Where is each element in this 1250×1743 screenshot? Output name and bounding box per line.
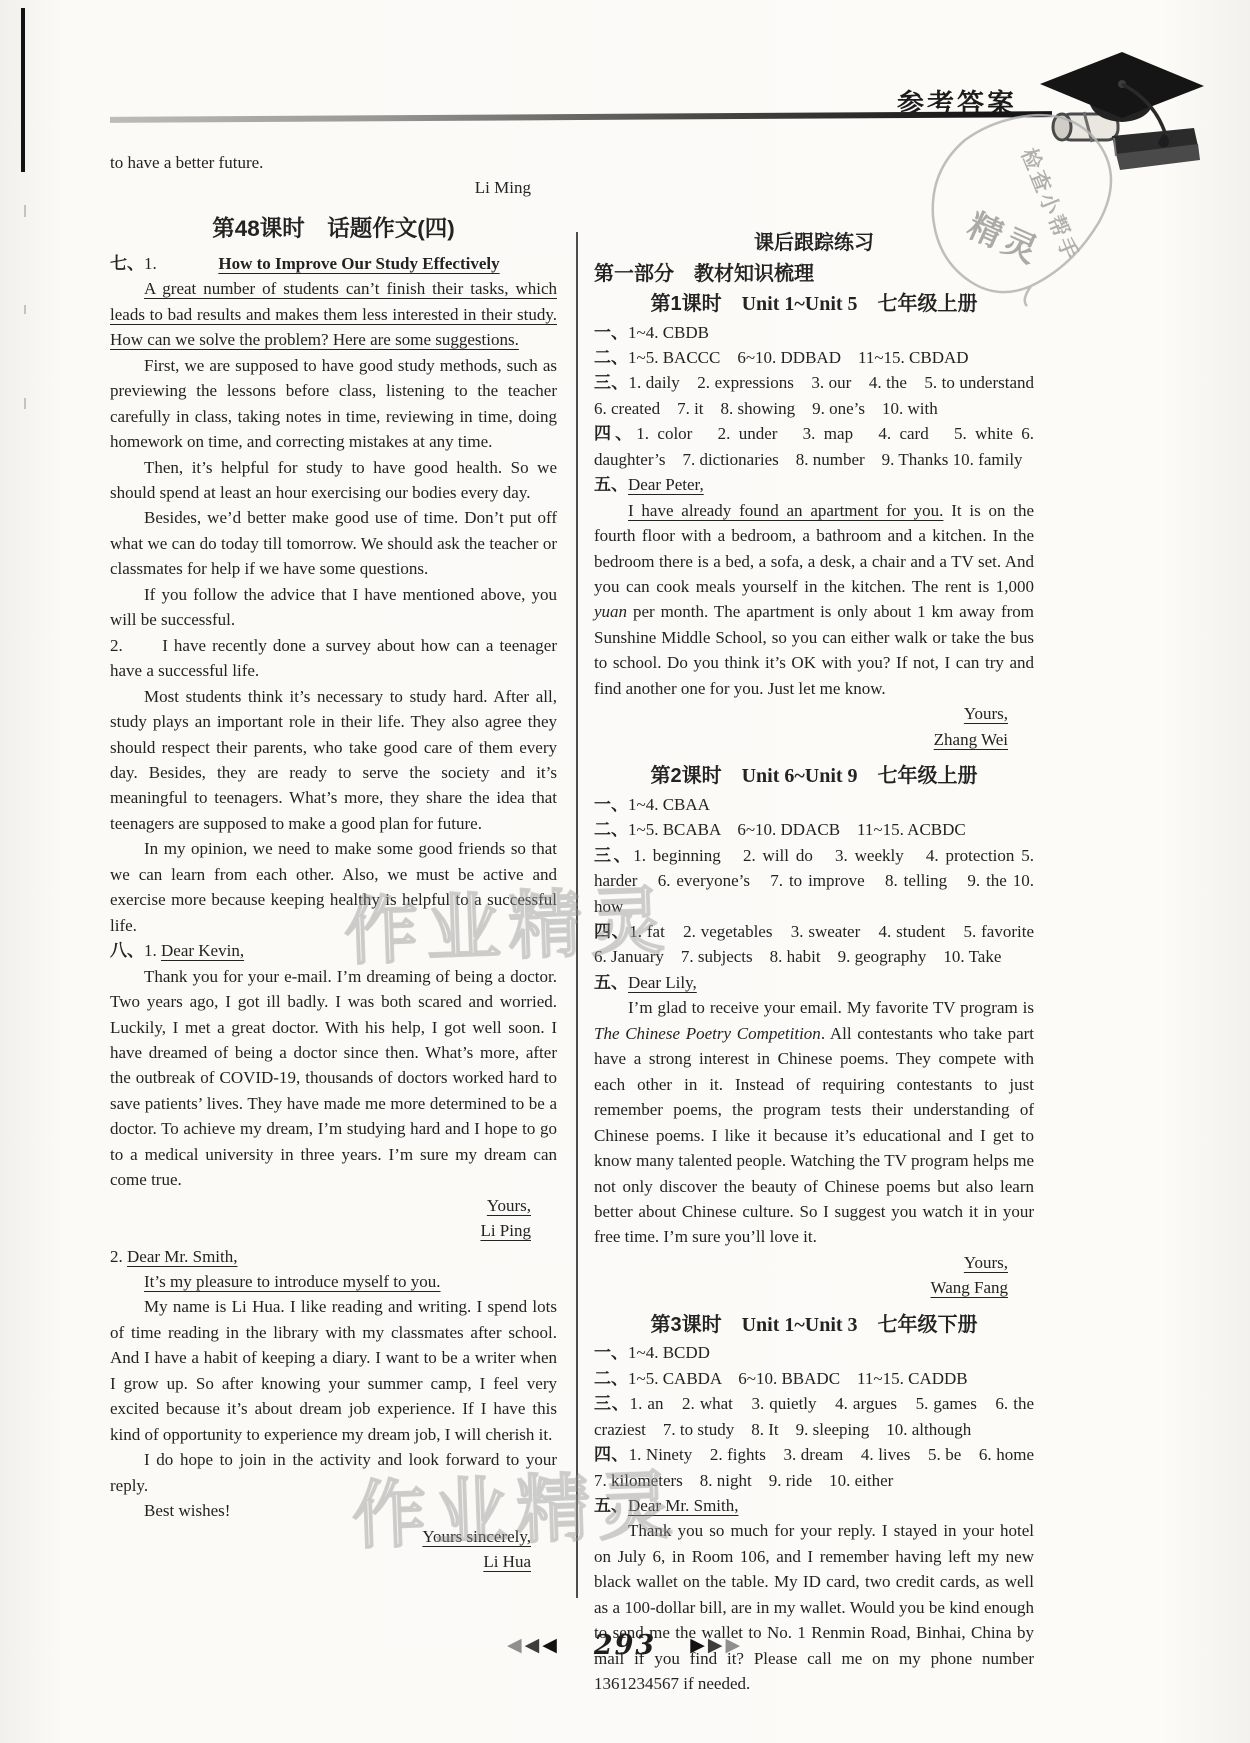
paragraph: 2. I have recently done a survey about h… [110,633,557,684]
text-segment: 1. [144,251,161,276]
paragraph: Besides, we’d better make good use of ti… [110,505,557,581]
text-segment: I’m glad to receive your email. My favor… [628,998,1034,1017]
text-segment: 五、 [594,973,628,992]
text-segment: Best wishes! [144,1501,230,1520]
paragraph: to have a better future. [110,150,557,175]
footer-left-arrow: ◀ [525,1635,543,1656]
text-segment: 三、 [594,373,629,392]
text-segment: Yours, [964,704,1008,723]
text-segment: 二、 [594,820,628,839]
text-segment: 2. [110,636,162,655]
answer-line: 二、1~5. BACCC 6~10. DDBAD 11~15. CBDAD [594,345,1034,370]
text-segment: to have a better future. [110,153,263,172]
page-footer: ◀◀◀293▶▶▶ [0,1630,1250,1661]
text-segment: Besides, we’d better make good use of ti… [110,508,557,578]
text-segment: Dear Lily, [628,973,697,992]
answer-line: 二、1~5. BCABA 6~10. DDACB 11~15. ACBDC [594,817,1034,842]
letter-signature: Yours, [110,1193,557,1218]
text-segment: Dear Kevin, [161,941,244,960]
paragraph: It’s my pleasure to introduce myself to … [110,1269,557,1294]
lesson-1-heading: 第1课时 Unit 1~Unit 5 七年级上册 [594,289,1034,320]
essay-title-row: 七、1. How to Improve Our Study Effectivel… [110,251,557,276]
text-segment: 1~4. CBAA [628,795,710,814]
answer-line: 一、1~4. CBAA [594,792,1034,817]
footer-right-arrow: ▶ [708,1635,726,1656]
answer-line: 一、1~4. CBDB [594,320,1034,345]
scan-edge-tick [24,398,26,409]
text-segment: . All contestants who take part have a s… [594,1024,1034,1247]
text-segment: 1. [144,941,161,960]
text-segment: Yours, [964,1253,1008,1272]
footer-right-arrow: ▶ [690,1635,708,1656]
part-heading: 第一部分 教材知识梳理 [594,259,1034,290]
text-segment: Dear Peter, [628,475,704,494]
text-segment: It’s my pleasure to introduce myself to … [144,1272,441,1291]
letter-signature: Yours, [594,1250,1034,1275]
text-segment: 第3课时 [650,1314,721,1336]
letter-signature: Li Ping [110,1218,557,1243]
text-segment: Zhang Wei [934,730,1008,749]
answer-line: 三、1. an 2. what 3. quietly 4. argues 5. … [594,1391,1034,1442]
text-segment: 1~5. BACCC 6~10. DDBAD 11~15. CBDAD [628,348,969,367]
text-segment: Thank you for your e-mail. I’m dreaming … [110,967,557,1190]
text-segment: A great number of students can’t finish … [110,279,557,349]
text-segment: 2. [110,1247,127,1266]
paragraph: Most students think it’s necessary to st… [110,684,557,837]
text-segment: If you follow the advice that I have men… [110,585,557,629]
letter-signature: Zhang Wei [594,727,1034,752]
text-segment: 五、 [594,475,628,494]
text-segment: 七、 [110,251,144,276]
paragraph: I have already found an apartment for yo… [594,498,1034,702]
footer-page-number: 293 [594,1630,656,1661]
text-segment: 七年级下册 [878,1314,978,1336]
paragraph: If you follow the advice that I have men… [110,582,557,633]
text-segment: 四、 [594,424,636,443]
scan-edge-tick [24,205,26,217]
paragraph: Thank you for your e-mail. I’m dreaming … [110,964,557,1193]
letter-salutation: 五、Dear Lily, [594,970,1034,995]
paragraph: Then, it’s helpful for study to have goo… [110,455,557,506]
text-segment: Unit 6~Unit 9 [722,765,878,787]
text-segment: 二、 [594,1369,628,1388]
lesson-2-heading: 第2课时 Unit 6~Unit 9 七年级上册 [594,761,1034,792]
text-segment: 一、 [594,323,628,342]
text-segment: 1~4. CBDB [628,323,709,342]
left-column: to have a better future.Li Ming第48课时 话题作… [110,150,557,1574]
answer-line: 三、1. daily 2. expressions 3. our 4. the … [594,370,1034,421]
text-segment: 七年级上册 [878,765,978,787]
text-segment: 一、 [594,795,628,814]
text-segment: 1. daily 2. expressions 3. our 4. the 5.… [594,373,1034,417]
letter-signature: Wang Fang [594,1275,1034,1300]
answer-line: 一、1~4. BCDD [594,1340,1034,1365]
scan-edge-line [21,8,25,172]
text-segment: 二、 [594,348,628,367]
paragraph: A great number of students can’t finish … [110,276,557,352]
watermark: 作业精灵 [342,862,673,979]
paragraph: First, we are supposed to have good stud… [110,353,557,455]
books-icon [1112,128,1200,170]
text-segment: 1~5. BCABA 6~10. DDACB 11~15. ACBDC [628,820,966,839]
text-segment: 第1课时 [650,293,721,315]
text-segment: yuan [594,602,627,621]
text-segment: 1~5. CABDA 6~10. BBADC 11~15. CADDB [628,1369,968,1388]
letter-signature: Li Ming [110,175,557,200]
paragraph: I’m glad to receive your email. My favor… [594,995,1034,1250]
text-segment: My name is Li Hua. I like reading and wr… [110,1297,557,1443]
text-segment: 1. an 2. what 3. quietly 4. argues 5. ga… [594,1394,1034,1438]
footer-right-arrow: ▶ [725,1635,743,1656]
text-segment: 三、 [594,846,633,865]
text-segment: Li Ming [475,178,531,197]
section-heading: 课后跟踪练习 [594,228,1034,259]
text-segment: per month. The apartment is only about 1… [594,602,1034,697]
text-segment: 一、 [594,1343,628,1362]
text-segment: Then, it’s helpful for study to have goo… [110,458,557,502]
text-segment: 第2课时 [650,765,721,787]
graduation-cap-icon [1026,44,1216,189]
text-segment: 七年级上册 [878,293,978,315]
text-segment: First, we are supposed to have good stud… [110,356,557,451]
lesson-48-heading: 第48课时 话题作文(四) [110,211,557,247]
text-segment: Most students think it’s necessary to st… [110,687,557,833]
text-segment: Unit 1~Unit 3 [722,1314,878,1336]
text-segment: Dear Mr. Smith, [127,1247,238,1266]
text-segment: I have already found an apartment for yo… [628,501,943,520]
text-segment: The Chinese Poetry Competition [594,1024,821,1043]
footer-left-arrow: ◀ [542,1635,560,1656]
text-segment: I have recently done a survey about how … [110,636,557,680]
lesson-3-heading: 第3课时 Unit 1~Unit 3 七年级下册 [594,1310,1034,1341]
text-segment: Yours, [487,1196,531,1215]
footer-left-arrow: ◀ [507,1635,525,1656]
essay-title: How to Improve Our Study Effectively [161,251,557,276]
text-segment: 1. color 2. under 3. map 4. card 5. whit… [594,424,1034,468]
text-segment: 八、 [110,941,144,960]
letter-salutation: 2. Dear Mr. Smith, [110,1244,557,1269]
text-segment: 第一部分 教材知识梳理 [594,263,814,285]
text-segment: 课后跟踪练习 [754,232,874,254]
answer-line: 四、1. color 2. under 3. map 4. card 5. wh… [594,421,1034,472]
text-segment: 第48课时 话题作文(四) [212,216,455,241]
answer-line: 二、1~5. CABDA 6~10. BBADC 11~15. CADDB [594,1366,1034,1391]
text-segment: Wang Fang [931,1278,1008,1297]
header-rule [110,111,1052,123]
text-segment: Unit 1~Unit 5 [722,293,878,315]
watermark: 作业精灵 [350,1446,681,1563]
letter-signature: Yours, [594,701,1034,726]
paragraph: My name is Li Hua. I like reading and wr… [110,1294,557,1447]
scanned-answer-page: { "header": { "title": "参考答案", "stamp_li… [0,0,1250,1743]
text-segment: 1~4. BCDD [628,1343,710,1362]
scan-edge-tick [24,305,26,314]
text-segment: 三、 [594,1394,630,1413]
letter-salutation: 五、Dear Peter, [594,472,1034,497]
text-segment: Li Ping [480,1221,531,1240]
